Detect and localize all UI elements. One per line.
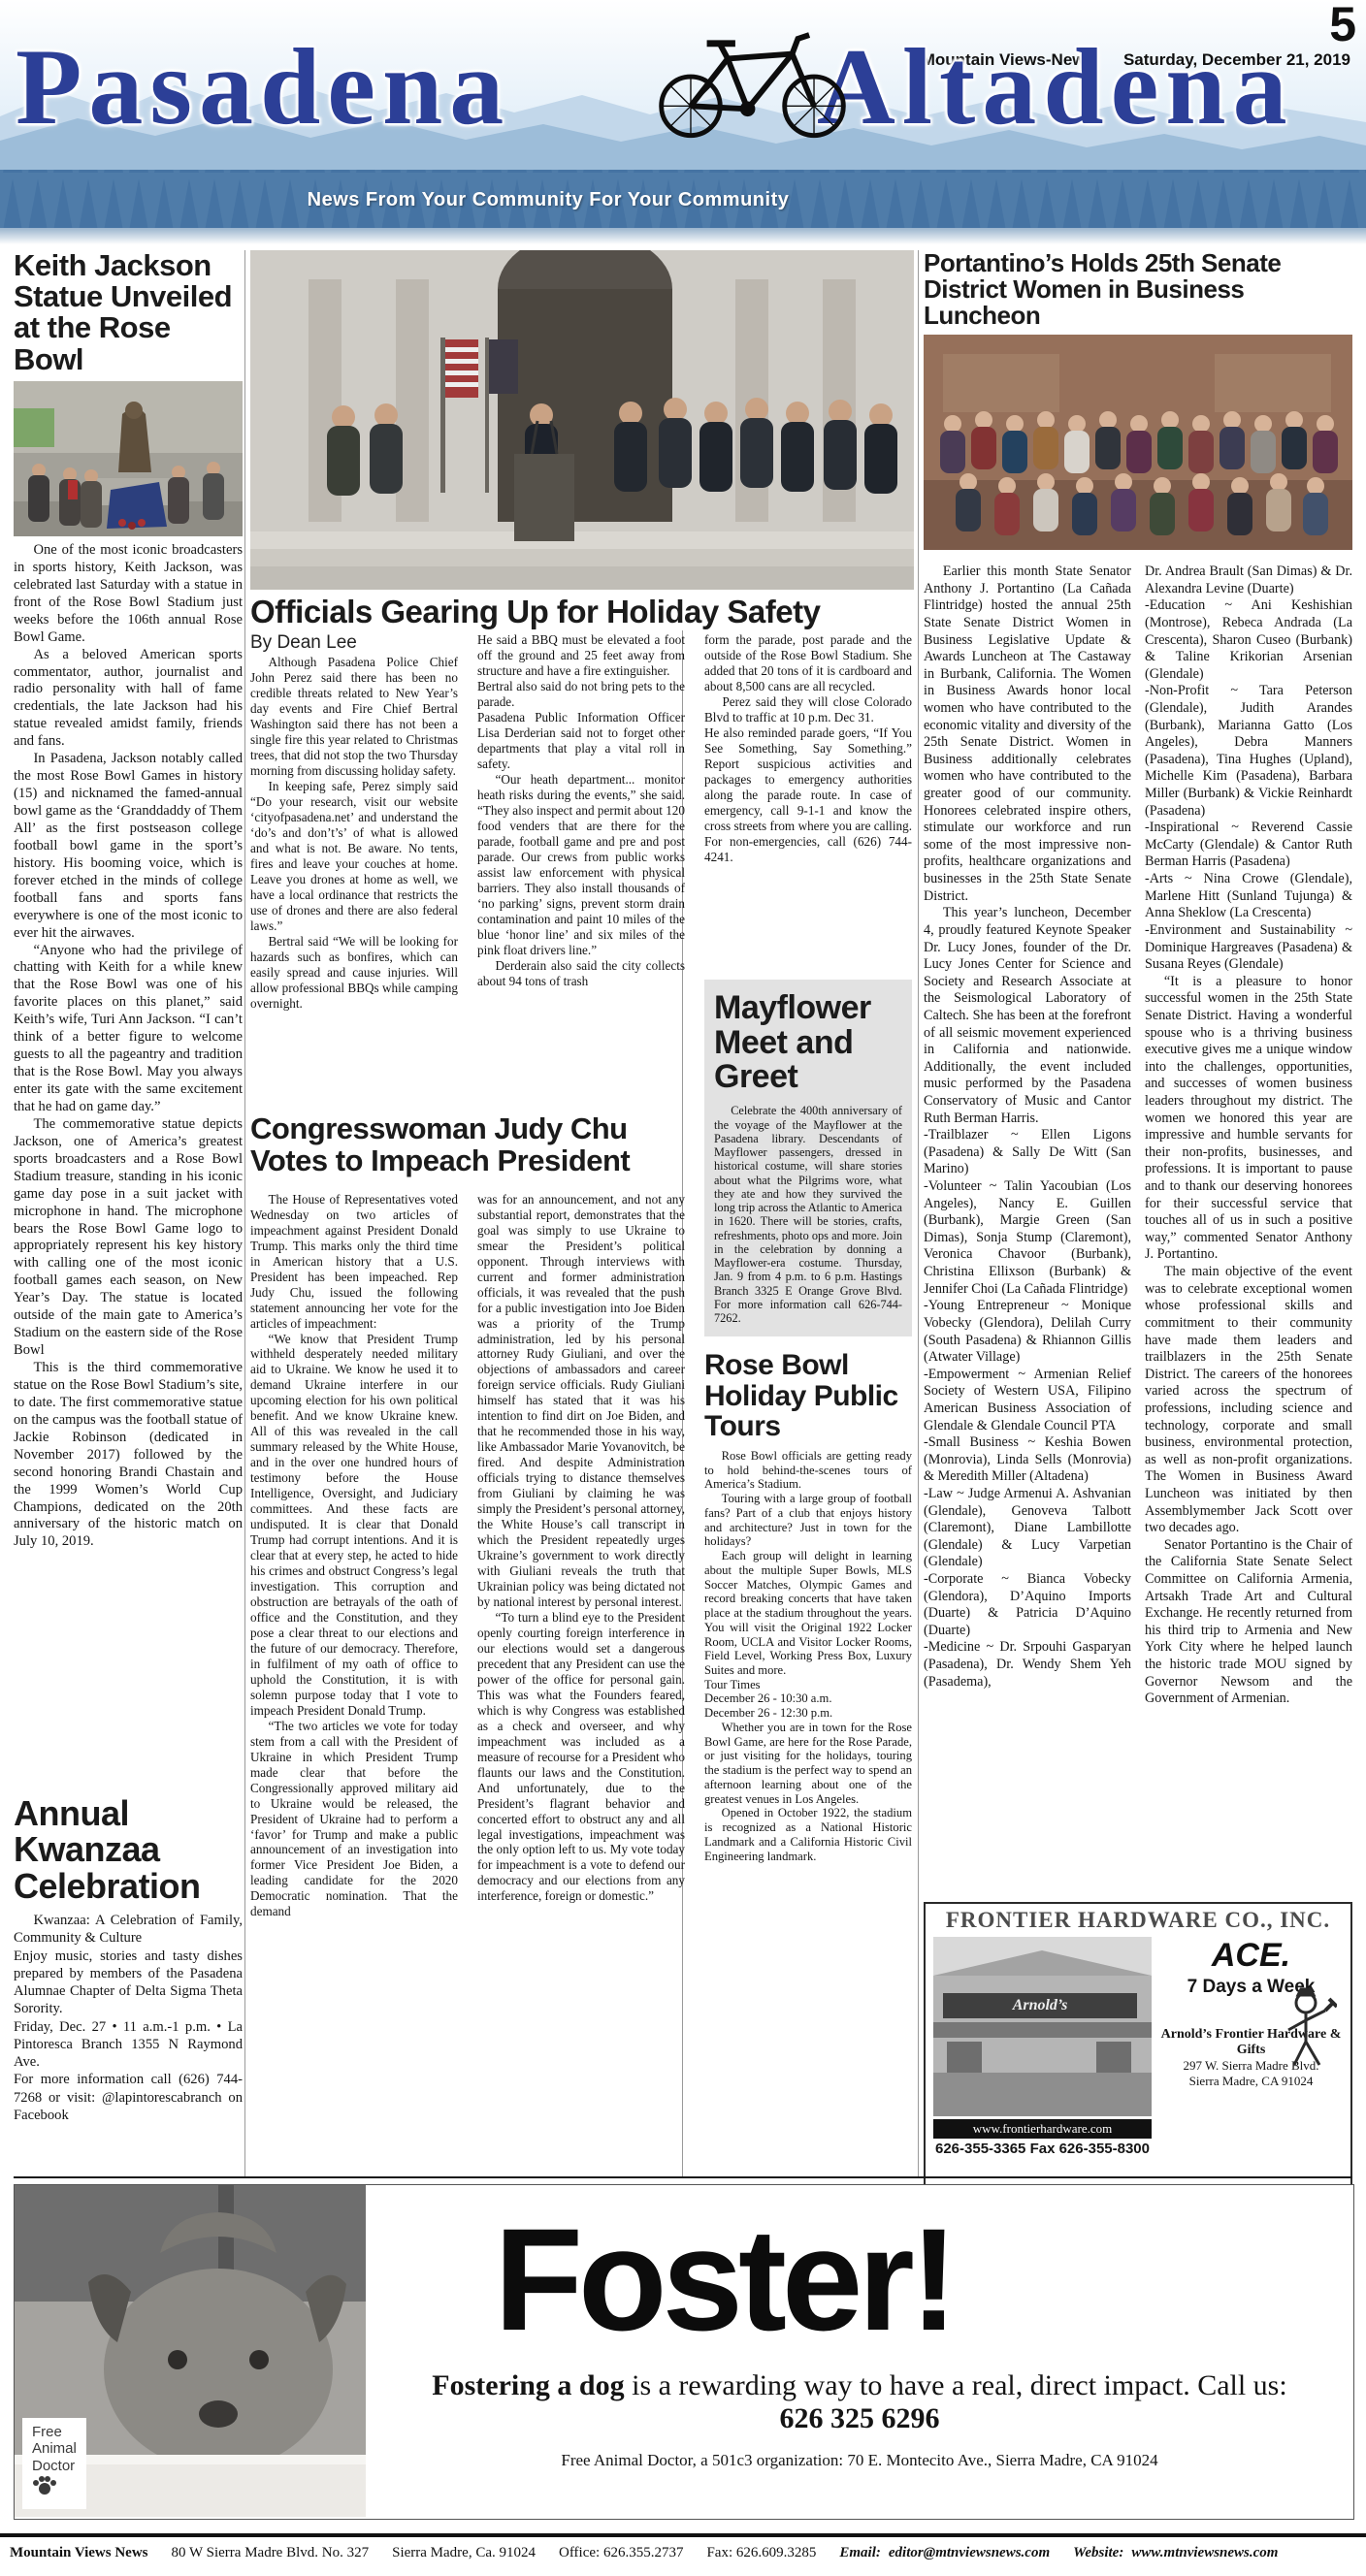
paragraph: -Arts ~ Nina Crowe (Glendale), Marlene H… xyxy=(1145,871,1352,922)
paragraph: As a beloved American sports commentator… xyxy=(14,647,243,752)
paragraph: Touring with a large group of football f… xyxy=(704,1492,912,1549)
foster-message: Fostering a dog is a rewarding way to ha… xyxy=(366,2369,1353,2435)
paragraph: This year’s luncheon, December 4, proudl… xyxy=(924,905,1131,1127)
officials-columns: By Dean Lee Although Pasadena Police Chi… xyxy=(250,632,685,1088)
portantino-headline: Portantino’s Holds 25th Senate District … xyxy=(924,250,1352,329)
portantino-col2: Dr. Andrea Brault (San Dimas) & Dr. Alex… xyxy=(1145,563,1352,1892)
rosebowl-headline: Rose Bowl Holiday Public Tours xyxy=(704,1350,912,1441)
frontier-website: www.frontierhardware.com xyxy=(933,2119,1152,2139)
kwanzaa-body: Kwanzaa: A Celebration of Family, Commun… xyxy=(14,1912,243,2144)
luncheon-group-photo xyxy=(924,335,1352,550)
paragraph: Opened in October 1922, the stadium is r… xyxy=(704,1806,912,1863)
foster-right: Foster! Fostering a dog is a rewarding w… xyxy=(366,2185,1353,2519)
paragraph: The commemorative statue depicts Jackson… xyxy=(14,1116,243,1360)
column-rule-left xyxy=(244,250,245,2176)
paragraph: The House of Representatives voted Wedne… xyxy=(250,1192,458,1332)
paragraph: Bertral said “We will be looking for haz… xyxy=(250,934,458,1012)
foster-message-rest: is a rewarding way to have a real, direc… xyxy=(625,2369,1287,2401)
paragraph: -Inspirational ~ Reverend Cassie McCarty… xyxy=(1145,820,1352,871)
paragraph: Tour Times xyxy=(704,1678,912,1692)
store-address2: Sierra Madre, CA 91024 xyxy=(1152,2074,1350,2089)
logo-line: Animal xyxy=(32,2440,77,2457)
paragraph: -Empowerment ~ Armenian Relief Society o… xyxy=(924,1367,1131,1434)
mayflower-headline: Mayflower Meet and Greet xyxy=(714,991,902,1094)
logo-line: Free xyxy=(32,2424,77,2440)
paragraph: -Trailblazer ~ Ellen Ligons (Pasadena) &… xyxy=(924,1127,1131,1178)
rosebowl-body: Rose Bowl officials are getting ready to… xyxy=(704,1449,912,1863)
frontier-title: FRONTIER HARDWARE CO., INC. xyxy=(926,1908,1350,1933)
officials-press-photo xyxy=(250,250,914,590)
paragraph: “Anyone who had the privilege of chattin… xyxy=(14,943,243,1116)
paragraph: -Environment and Sustainability ~ Domini… xyxy=(1145,922,1352,974)
footer-rule xyxy=(0,2533,1366,2537)
footer: Mountain Views News 80 W Sierra Madre Bl… xyxy=(0,2545,1366,2561)
bottom-ad-rule xyxy=(14,2176,1352,2178)
paragraph: -Law ~ Judge Armenui A. Ashvanian (Glend… xyxy=(924,1486,1131,1571)
keith-photo-art xyxy=(14,381,243,536)
mayflower-box: Mayflower Meet and Greet Celebrate the 4… xyxy=(704,980,912,1336)
officials-col1: By Dean Lee Although Pasadena Police Chi… xyxy=(250,632,458,1088)
page-number: 5 xyxy=(1329,0,1356,52)
paragraph: Pasadena Public Information Officer Lisa… xyxy=(477,710,685,772)
paragraph: December 26 - 10:30 a.m. xyxy=(704,1691,912,1706)
paragraph: Perez said they will close Colorado Blvd… xyxy=(704,694,912,725)
paragraph: One of the most iconic broadcasters in s… xyxy=(14,542,243,647)
byline: By Dean Lee xyxy=(250,632,458,655)
mid-third-column: form the parade, post parade and the out… xyxy=(704,632,912,2171)
foster-org-line: Free Animal Doctor, a 501c3 organization… xyxy=(366,2451,1353,2470)
foster-ad: Free Animal Doctor Foster! Fostering a d… xyxy=(14,2184,1354,2520)
column-rule-right xyxy=(918,250,919,2176)
paragraph: Derderain also said the city collects ab… xyxy=(477,958,685,989)
left-column: Keith Jackson Statue Unveiled at the Ros… xyxy=(14,250,243,2144)
footer-email-label: Email: xyxy=(839,2545,881,2561)
paragraph: form the parade, post parade and the out… xyxy=(704,632,912,694)
footer-city: Sierra Madre, Ca. 91024 xyxy=(392,2545,536,2561)
officials-col3: form the parade, post parade and the out… xyxy=(704,632,912,970)
portantino-col1: Earlier this month State Senator Anthony… xyxy=(924,563,1131,1892)
paragraph: Kwanzaa: A Celebration of Family, Commun… xyxy=(14,1912,243,1947)
footer-website-label: Website: xyxy=(1073,2545,1123,2561)
newspaper-page: 5 Mountain Views-News Saturday, December… xyxy=(0,0,1366,2576)
paragraph: -Corporate ~ Bianca Vobecky (Glendora), … xyxy=(924,1571,1131,1639)
footer-office: Office: 626.355.2737 xyxy=(559,2545,683,2561)
paragraph: Although Pasadena Police Chief John Pere… xyxy=(250,655,458,779)
paragraph: Celebrate the 400th anniversary of the v… xyxy=(714,1104,902,1325)
paragraph: Rose Bowl officials are getting ready to… xyxy=(704,1449,912,1492)
mayflower-body: Celebrate the 400th anniversary of the v… xyxy=(714,1104,902,1325)
paragraph: -Young Entrepreneur ~ Monique Vobecky (G… xyxy=(924,1298,1131,1366)
free-animal-doctor-logo: Free Animal Doctor xyxy=(22,2418,86,2509)
keith-body: One of the most iconic broadcasters in s… xyxy=(14,542,243,1786)
paragraph: -Non-Profit ~ Tara Peterson (Glendale), … xyxy=(1145,683,1352,820)
paragraph: In keeping safe, Perez simply said “Do y… xyxy=(250,779,458,934)
masthead-tagline: News From Your Community For Your Commun… xyxy=(0,189,1096,211)
paragraph: -Small Business ~ Keshia Bowen (Monrovia… xyxy=(924,1434,1131,1486)
foster-message-bold: Fostering a dog xyxy=(432,2369,624,2401)
frontier-phone: 626-355-3365 Fax 626-355-8300 xyxy=(933,2141,1152,2157)
paragraph: -Education ~ Ani Keshishian (Montrose), … xyxy=(1145,597,1352,683)
paragraph: Dr. Andrea Brault (San Dimas) & Dr. Alex… xyxy=(1145,563,1352,597)
frontier-hardware-ad: FRONTIER HARDWARE CO., INC. Arnold’s xyxy=(924,1902,1352,2222)
paragraph: Whether you are in town for the Rose Bow… xyxy=(704,1721,912,1806)
officials-headline: Officials Gearing Up for Holiday Safety xyxy=(250,596,914,628)
middle-section: Officials Gearing Up for Holiday Safety … xyxy=(250,250,914,2171)
paragraph: December 26 - 12:30 p.m. xyxy=(704,1706,912,1721)
paragraph: Earlier this month State Senator Anthony… xyxy=(924,563,1131,905)
ace-logo: ACE. xyxy=(1152,1937,1350,1975)
paragraph: -Medicine ~ Dr. Srpouhi Gasparyan (Pasad… xyxy=(924,1639,1131,1690)
luncheon-photo-art xyxy=(924,335,1352,550)
foster-phone: 626 325 6296 xyxy=(780,2402,940,2434)
paragraph: Each group will delight in learning abou… xyxy=(704,1549,912,1678)
paragraph: “The two articles we vote for today stem… xyxy=(250,1719,458,1920)
paragraph: This is the third commemorative statue o… xyxy=(14,1360,243,1551)
paragraph: Bertral also said do not bring pets to t… xyxy=(477,679,685,710)
keith-statue-photo xyxy=(14,381,243,536)
paragraph: “We know that President Trump withheld d… xyxy=(250,1332,458,1719)
masthead-title-altadena: Altadena xyxy=(817,33,1294,142)
paragraph: He said a BBQ must be elevated a foot of… xyxy=(477,632,685,679)
paragraph: Friday, Dec. 27 • 11 a.m.-1 p.m. • La Pi… xyxy=(14,2018,243,2072)
handyman-icon xyxy=(1277,1987,1337,2069)
store-photo: Arnold’s xyxy=(933,1937,1152,2116)
store-sign-text: Arnold’s xyxy=(943,1993,1137,2018)
masthead-title-pasadena: Pasadena xyxy=(16,33,510,142)
store-photo-art xyxy=(933,1937,1152,2116)
paragraph: For more information call (626) 744-7268… xyxy=(14,2071,243,2124)
officials-photo-art xyxy=(250,250,914,590)
keith-headline: Keith Jackson Statue Unveiled at the Ros… xyxy=(14,250,243,375)
paragraph: The main objective of the event was to c… xyxy=(1145,1264,1352,1537)
chu-col1: The House of Representatives voted Wedne… xyxy=(250,1192,458,2162)
chu-headline: Congresswoman Judy Chu Votes to Impeach … xyxy=(250,1113,685,1175)
portantino-columns: Earlier this month State Senator Anthony… xyxy=(924,563,1352,1892)
paragraph: was for an announcement, and not any sub… xyxy=(477,1192,685,1610)
paragraph: He also reminded parade goers, “If You S… xyxy=(704,725,912,865)
footer-email: editor@mtnviewsnews.com xyxy=(889,2545,1050,2561)
officials-chu-area: By Dean Lee Although Pasadena Police Chi… xyxy=(250,632,685,2171)
paragraph: -Volunteer ~ Talin Yacoubian (Los Angele… xyxy=(924,1178,1131,1298)
officials-col2: He said a BBQ must be elevated a foot of… xyxy=(477,632,685,1088)
footer-fax: Fax: 626.609.3285 xyxy=(706,2545,816,2561)
right-column: Portantino’s Holds 25th Senate District … xyxy=(924,250,1352,2222)
masthead: 5 Mountain Views-News Saturday, December… xyxy=(0,0,1366,244)
paw-icon xyxy=(32,2474,57,2497)
footer-address: 80 W Sierra Madre Blvd. No. 327 xyxy=(172,2545,370,2561)
paragraph: “It is a pleasure to honor successful wo… xyxy=(1145,974,1352,1264)
paragraph: “Our heath department... monitor heath r… xyxy=(477,772,685,958)
kwanzaa-headline: Annual Kwanzaa Celebration xyxy=(14,1795,243,1904)
paragraph: In Pasadena, Jackson notably called the … xyxy=(14,751,243,942)
chu-col2: was for an announcement, and not any sub… xyxy=(477,1192,685,2162)
foster-headline: Foster! xyxy=(94,2206,1353,2352)
paragraph: “To turn a blind eye to the President op… xyxy=(477,1610,685,1904)
chu-columns: The House of Representatives voted Wedne… xyxy=(250,1192,685,2162)
logo-line: Doctor xyxy=(32,2458,77,2474)
paragraph: Senator Portantino is the Chair of the C… xyxy=(1145,1537,1352,1708)
frontier-right: ACE. 7 Days a Week Arnold’s Frontier Har… xyxy=(1152,1937,1350,2116)
bicycle-icon xyxy=(648,16,857,142)
footer-website: www.mtnviewsnews.com xyxy=(1131,2545,1278,2561)
paragraph: Enjoy music, stories and tasty dishes pr… xyxy=(14,1948,243,2018)
footer-publication: Mountain Views News xyxy=(10,2545,148,2561)
